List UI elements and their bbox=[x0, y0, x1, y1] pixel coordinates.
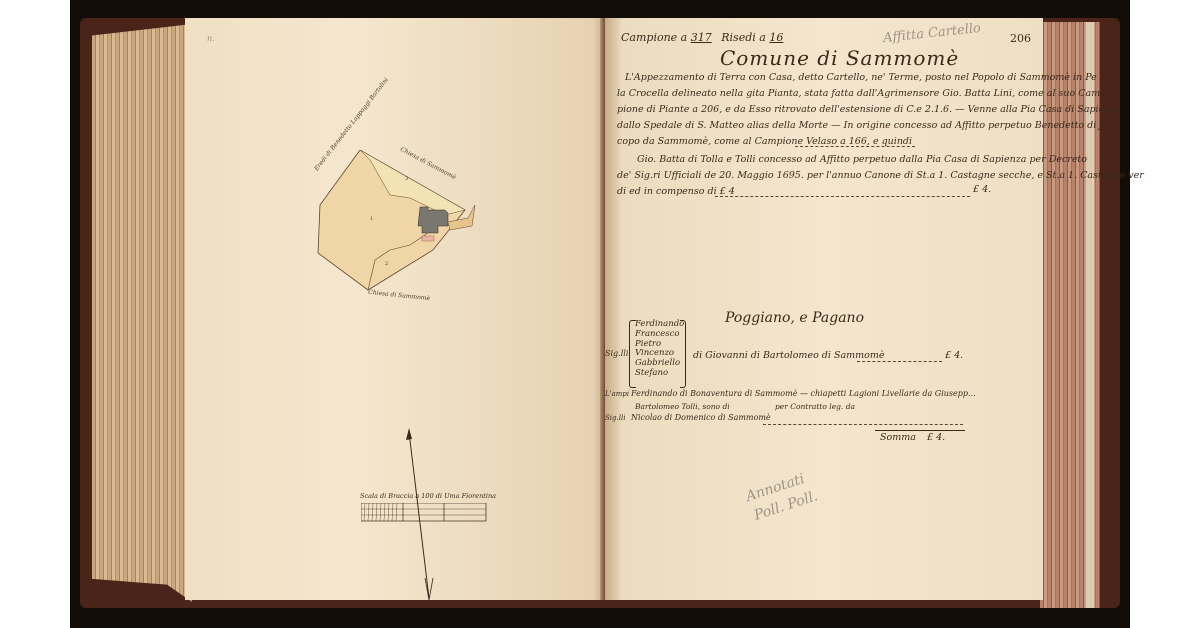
summa-amount: £ 4. bbox=[927, 432, 945, 443]
risedi-value: 16 bbox=[769, 31, 783, 44]
campione-header: Campione a 317 Risedi a 16 bbox=[621, 31, 783, 44]
pencil-note: Affitta Cartello bbox=[882, 21, 981, 46]
sons-amount: £ 4. bbox=[945, 350, 963, 361]
pencil-mark: n. bbox=[207, 34, 215, 43]
entry-prefix: Sig.lli bbox=[605, 414, 625, 422]
figli-prefix: Sig.lli bbox=[605, 349, 628, 358]
parcel-3: 3 bbox=[405, 176, 408, 182]
campione-value: 317 bbox=[691, 31, 712, 44]
estate-map: 1 3 2 bbox=[310, 150, 510, 300]
sons-parent: di Giovanni di Bartolomeo di Sammomè bbox=[693, 350, 884, 361]
campione-label: Campione a bbox=[621, 31, 687, 44]
paragraph-line: de' Sig.ri Ufficiali de 20. Maggio 1695.… bbox=[617, 170, 1144, 181]
bracket-right bbox=[680, 320, 686, 388]
paragraph-line: Gio. Batta di Tolla e Tolli concesso ad … bbox=[637, 154, 1087, 165]
page-number: 206 bbox=[1010, 32, 1031, 45]
paragraph-line: dallo Spedale di S. Matteo alias della M… bbox=[617, 120, 1109, 131]
son-name: Stefano bbox=[635, 369, 684, 379]
paragraph-line: L'Appezzamento di Terra con Casa, detto … bbox=[625, 72, 1097, 83]
entry-2: Ferdinando di Bonaventura di Sammomè — c… bbox=[631, 389, 976, 398]
sons-list: Ferdinando Francesco Pietro Vincenzo Gab… bbox=[635, 320, 684, 379]
scale-label: Scala di Braccia a 100 di Uma Fiorentina bbox=[360, 492, 496, 500]
entry-prefix: L'ampi bbox=[605, 390, 629, 398]
section-title: Poggiano, e Pagano bbox=[725, 310, 864, 326]
parcel-1: 1 bbox=[370, 216, 373, 222]
page-title: Comune di Sammomè bbox=[720, 46, 959, 70]
entry-3: Nicolao di Domenico di Sammomè bbox=[631, 413, 771, 422]
entry-3-contract: per Contratto leg. da bbox=[775, 402, 855, 411]
parcel-2: 2 bbox=[385, 261, 388, 267]
left-page: n. 1 3 2 Eredi di Benedetto Lappaggi Bar… bbox=[185, 18, 605, 600]
paragraph-line: la Crocella delineato nella gita Pianta,… bbox=[617, 88, 1100, 99]
right-page: Campione a 317 Risedi a 16 Affitta Carte… bbox=[605, 18, 1043, 600]
entry-3-line-a: Bartolomeo Tolli, sono di bbox=[635, 402, 730, 411]
amount: £ 4. bbox=[973, 184, 991, 195]
risedi-label: Risedi a bbox=[721, 31, 766, 44]
summa-label: Somma bbox=[880, 432, 916, 443]
paragraph-line: pione di Piante a 206, e da Esso ritrova… bbox=[617, 104, 1121, 115]
page-edges-left bbox=[92, 24, 192, 602]
scale-bar bbox=[361, 503, 491, 525]
